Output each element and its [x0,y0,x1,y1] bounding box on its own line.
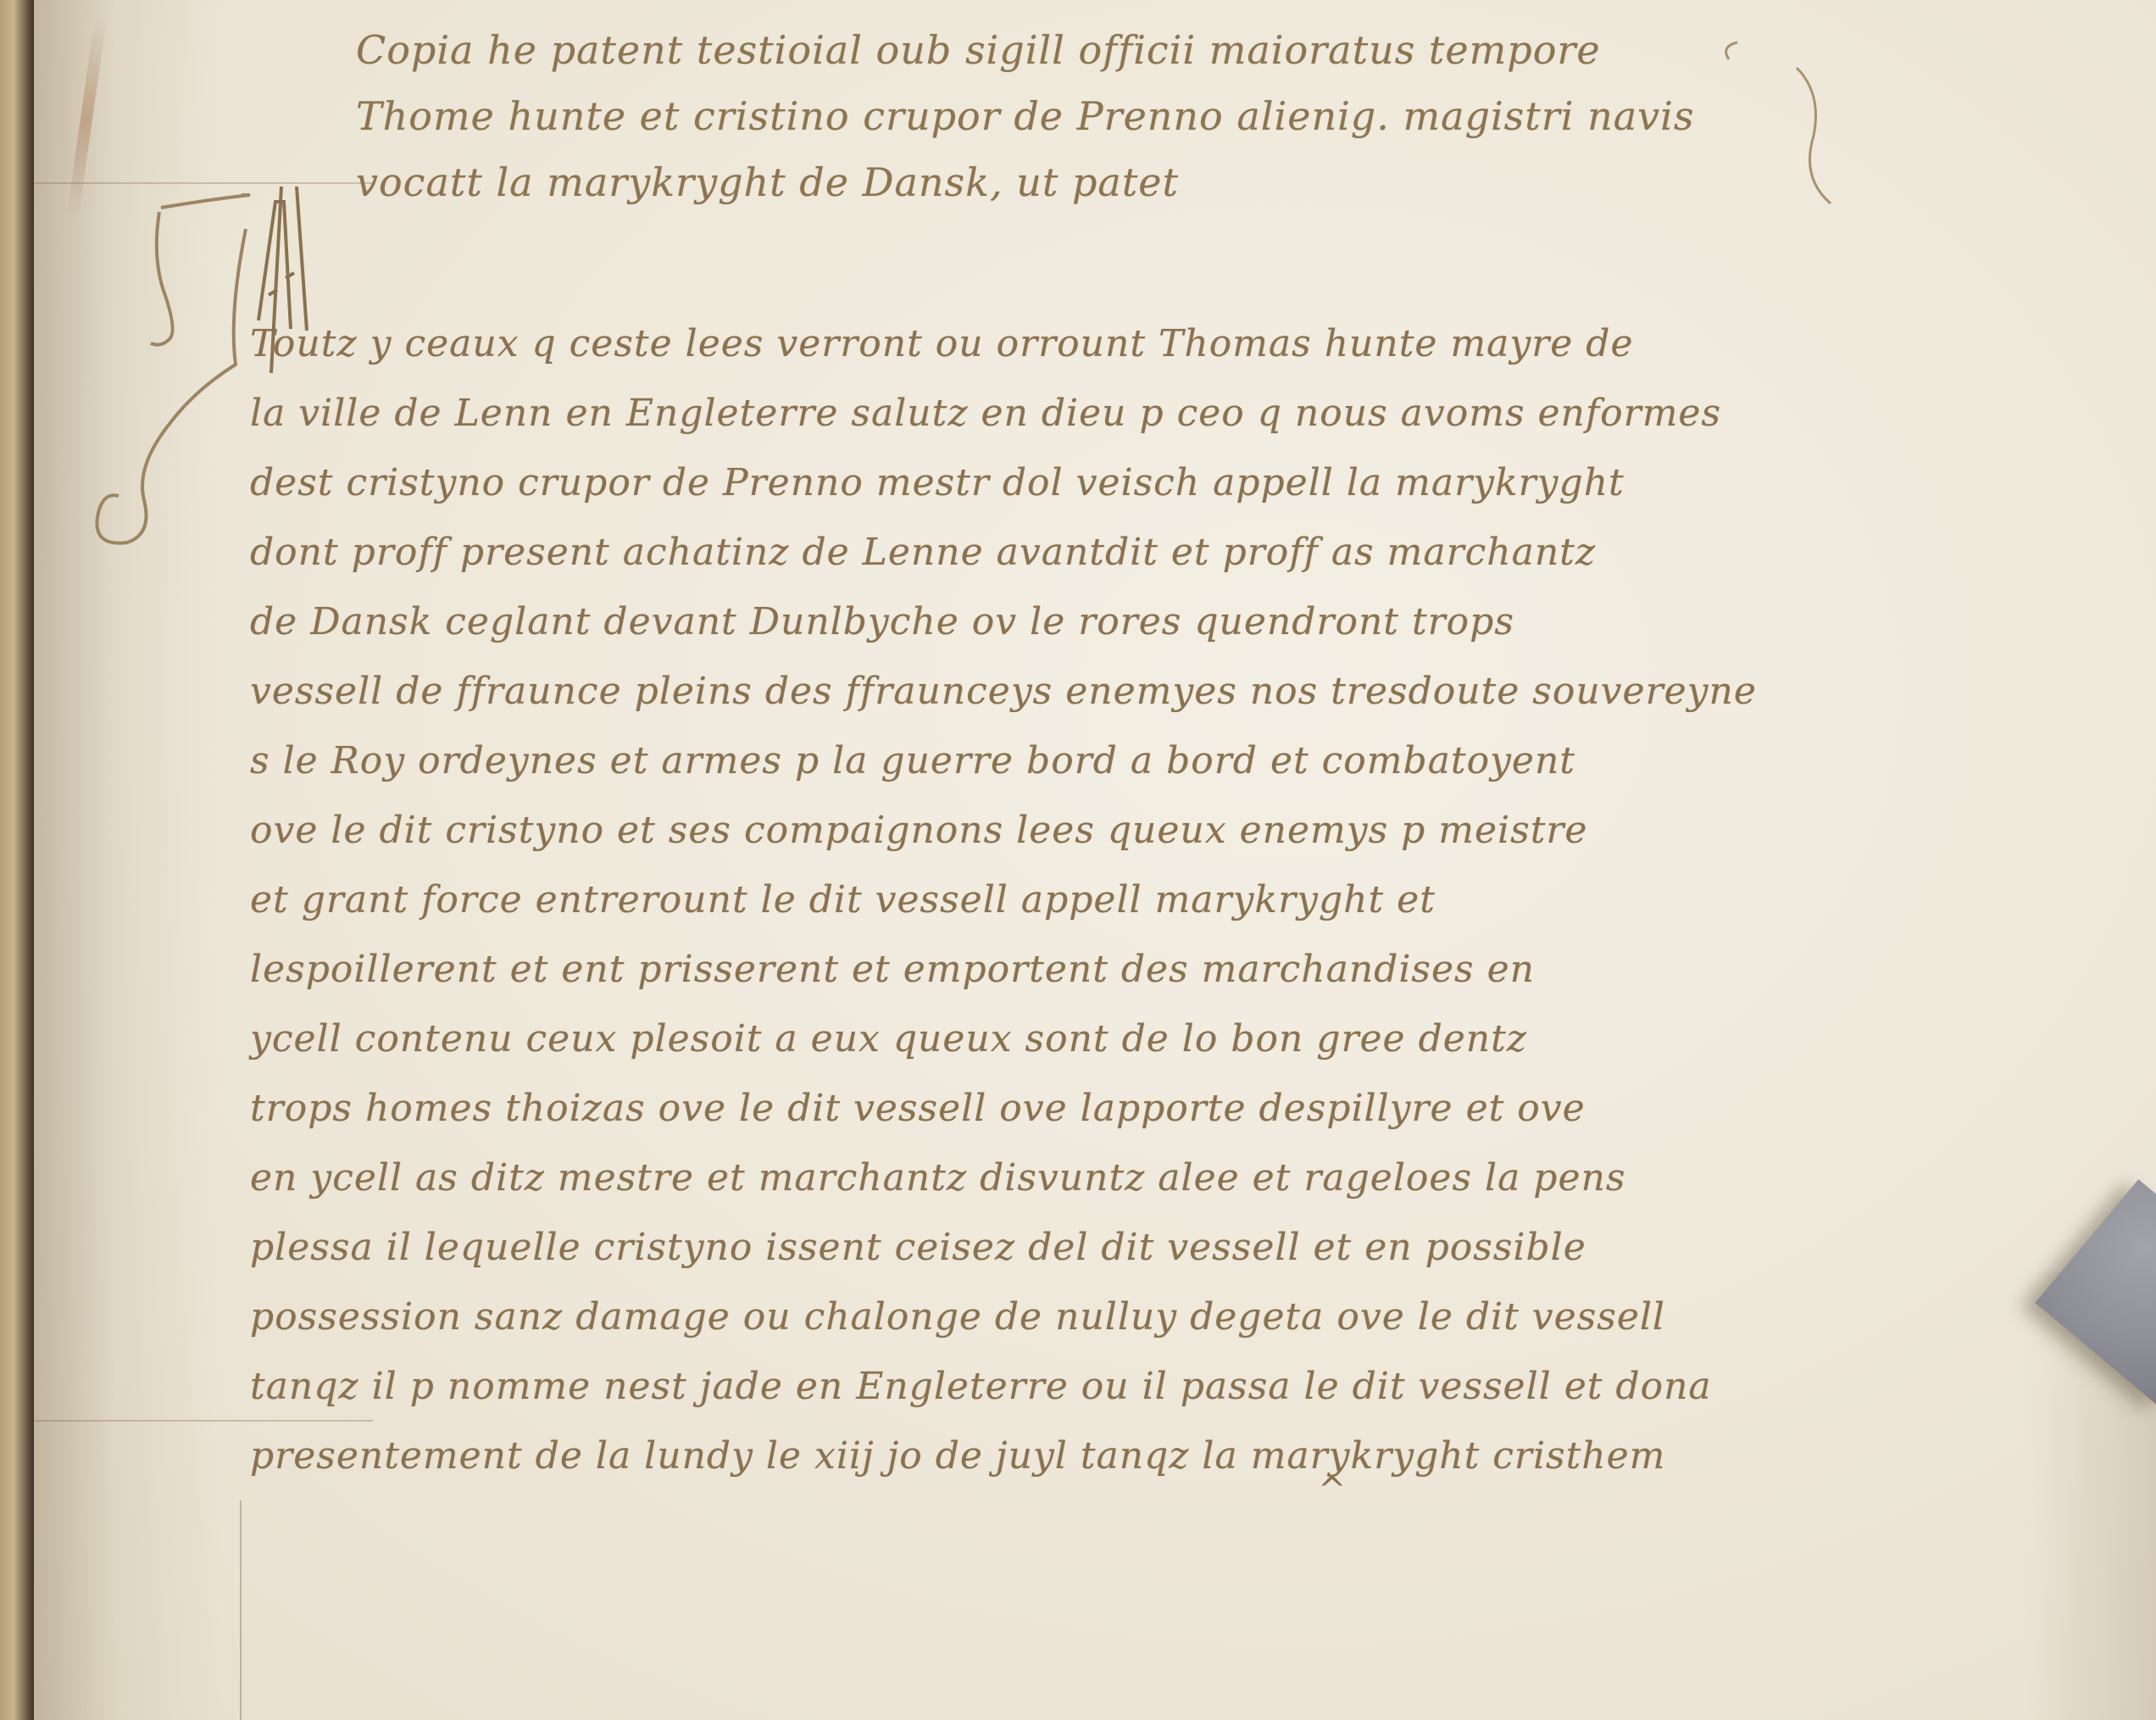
body-line: plessa il lequelle cristyno issent ceise… [250,1213,1928,1283]
body-line: de Dansk ceglant devant Dunlbyche ov le … [250,587,1928,657]
body-line: s le Roy ordeynes et armes p la guerre b… [250,726,1928,796]
body-line: dont proff present achatinz de Lenne ava… [250,518,1928,587]
document-body: Toutz y ceaux q ceste lees verront ou or… [250,309,1928,1491]
body-line: presentement de la lundy le xiij jo de j… [250,1422,1928,1491]
body-line: Toutz y ceaux q ceste lees verront ou or… [250,309,1928,379]
document-heading: Copia he patent testioial oub sigill off… [356,17,1966,215]
manuscript-page: Copia he patent testioial oub sigill off… [0,0,2156,1720]
heading-line: Copia he patent testioial oub sigill off… [356,17,1966,83]
body-line: en ycell as ditz mestre et marchantz dis… [250,1144,1928,1213]
insertion-caret-mark: ^ [1318,1471,1347,1510]
body-line: trops homes thoizas ove le dit vessell o… [250,1074,1928,1144]
body-line: tanqz il p nomme nest jade en Engleterre… [250,1352,1928,1422]
ruling-line-vertical [240,1500,242,1720]
heading-line: vocatt la marykryght de Dansk, ut patet [356,149,1966,215]
body-line: lespoillerent et ent prisserent et empor… [250,935,1928,1005]
body-line: et grant force entrerount le dit vessell… [250,866,1928,935]
book-binding-gutter [0,0,34,1720]
body-line: ycell contenu ceux plesoit a eux queux s… [250,1005,1928,1074]
body-line: possession sanz damage ou chalonge de nu… [250,1283,1928,1352]
body-line: la ville de Lenn en Engleterre salutz en… [250,379,1928,448]
body-line: vessell de ffraunce pleins des ffrauncey… [250,657,1928,726]
body-line: dest cristyno crupor de Prenno mestr dol… [250,448,1928,518]
heading-line: Thome hunte et cristino crupor de Prenno… [356,83,1966,149]
body-line: ove le dit cristyno et ses compaignons l… [250,796,1928,866]
